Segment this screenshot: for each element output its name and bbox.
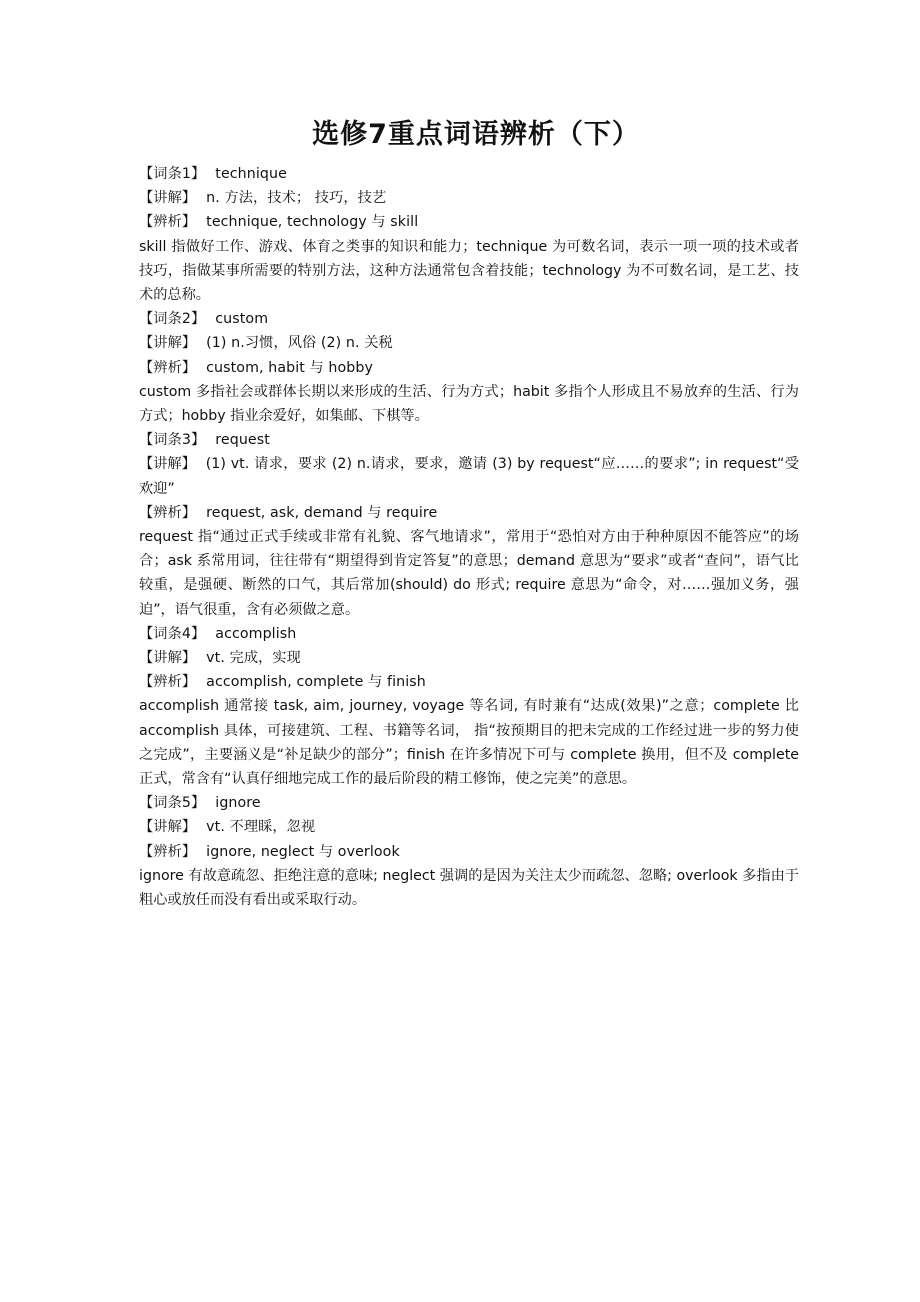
explain-text: vt. 不理睬，忽视 (206, 819, 315, 835)
explain-tag: 【讲解】 (139, 646, 196, 670)
explain-tag: 【讲解】 (139, 452, 196, 476)
entry-tag: 【词条5】 (139, 791, 205, 815)
entry-word: technique (215, 166, 287, 182)
analysis-heading: 【辨析】custom, habit 与 hobby (139, 356, 799, 380)
analysis-words: custom, habit 与 hobby (206, 360, 373, 376)
explain-tag: 【讲解】 (139, 815, 196, 839)
explain-line: 【讲解】vt. 不理睬，忽视 (139, 815, 799, 839)
explain-text: (1) vt. 请求，要求 (2) n.请求，要求，邀请 (3) by requ… (139, 456, 799, 496)
explain-line: 【讲解】vt. 完成，实现 (139, 646, 799, 670)
analysis-heading: 【辨析】ignore, neglect 与 overlook (139, 840, 799, 864)
analysis-words: request, ask, demand 与 require (206, 505, 437, 521)
entry-heading: 【词条5】ignore (139, 791, 799, 815)
entry-tag: 【词条2】 (139, 307, 205, 331)
analysis-tag: 【辨析】 (139, 840, 196, 864)
explain-line: 【讲解】n. 方法，技术； 技巧，技艺 (139, 186, 799, 210)
entry-word: request (215, 432, 270, 448)
entry-heading: 【词条2】custom (139, 307, 799, 331)
document-page: 选修7重点词语辨析（下） 【词条1】technique 【讲解】n. 方法，技术… (139, 112, 799, 912)
entry-tag: 【词条3】 (139, 428, 205, 452)
explain-text: vt. 完成，实现 (206, 650, 301, 666)
analysis-paragraph: ignore 有故意疏忽、拒绝注意的意味; neglect 强调的是因为关注太少… (139, 864, 799, 912)
analysis-heading: 【辨析】technique, technology 与 skill (139, 210, 799, 234)
entry-custom: 【词条2】custom 【讲解】(1) n.习惯，风俗 (2) n. 关税 【辨… (139, 307, 799, 428)
entry-technique: 【词条1】technique 【讲解】n. 方法，技术； 技巧，技艺 【辨析】t… (139, 162, 799, 307)
analysis-paragraph: request 指“通过正式手续或非常有礼貌、客气地请求”，常用于“恐怕对方由于… (139, 525, 799, 622)
explain-line: 【讲解】(1) n.习惯，风俗 (2) n. 关税 (139, 331, 799, 355)
entry-heading: 【词条4】accomplish (139, 622, 799, 646)
analysis-paragraph: accomplish 通常接 task, aim, journey, voyag… (139, 694, 799, 791)
entry-accomplish: 【词条4】accomplish 【讲解】vt. 完成，实现 【辨析】accomp… (139, 622, 799, 791)
analysis-paragraph: custom 多指社会或群体长期以来形成的生活、行为方式；habit 多指个人形… (139, 380, 799, 428)
explain-tag: 【讲解】 (139, 186, 196, 210)
entry-heading: 【词条1】technique (139, 162, 799, 186)
analysis-words: accomplish, complete 与 finish (206, 674, 426, 690)
entry-tag: 【词条1】 (139, 162, 205, 186)
entry-request: 【词条3】request 【讲解】(1) vt. 请求，要求 (2) n.请求，… (139, 428, 799, 622)
explain-text: (1) n.习惯，风俗 (2) n. 关税 (206, 335, 393, 351)
explain-tag: 【讲解】 (139, 331, 196, 355)
entry-tag: 【词条4】 (139, 622, 205, 646)
analysis-tag: 【辨析】 (139, 210, 196, 234)
entry-word: ignore (215, 795, 260, 811)
explain-text: n. 方法，技术； 技巧，技艺 (206, 190, 386, 206)
entry-word: custom (215, 311, 268, 327)
analysis-tag: 【辨析】 (139, 670, 196, 694)
analysis-paragraph: skill 指做好工作、游戏、体育之类事的知识和能力；technique 为可数… (139, 235, 799, 308)
explain-line: 【讲解】(1) vt. 请求，要求 (2) n.请求，要求，邀请 (3) by … (139, 452, 799, 500)
analysis-words: technique, technology 与 skill (206, 214, 418, 230)
entry-ignore: 【词条5】ignore 【讲解】vt. 不理睬，忽视 【辨析】ignore, n… (139, 791, 799, 912)
document-title: 选修7重点词语辨析（下） (153, 112, 799, 158)
analysis-tag: 【辨析】 (139, 356, 196, 380)
analysis-words: ignore, neglect 与 overlook (206, 844, 400, 860)
entry-heading: 【词条3】request (139, 428, 799, 452)
entry-word: accomplish (215, 626, 296, 642)
analysis-heading: 【辨析】accomplish, complete 与 finish (139, 670, 799, 694)
analysis-heading: 【辨析】request, ask, demand 与 require (139, 501, 799, 525)
analysis-tag: 【辨析】 (139, 501, 196, 525)
